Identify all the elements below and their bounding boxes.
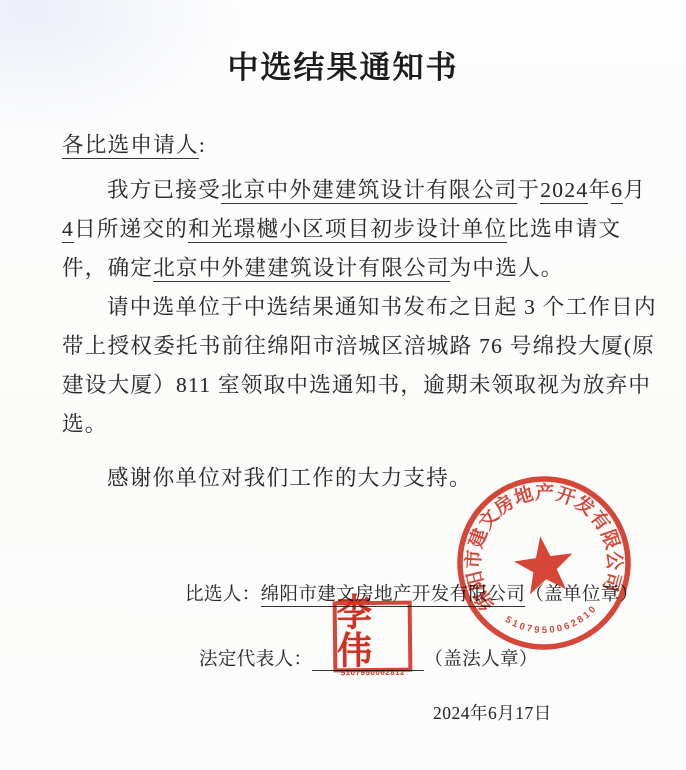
body-line-1: 我方已接受北京中外建建筑设计有限公司于2024年6月 — [62, 173, 686, 204]
winner-company-name: 北京中外建建筑设计有限公司 — [153, 256, 449, 282]
submission-year: 2024 — [540, 178, 588, 204]
seal-star-icon — [511, 532, 577, 596]
scanned-document-page: 中选结果通知书 各比选申请人: 我方已接受北京中外建建筑设计有限公司于2024年… — [0, 0, 686, 770]
company-seal-stamp: 绵阳市建文房地产开发有限公司 5107950062810 — [442, 461, 645, 664]
project-name: 和光璟樾小区项目初步设计单位 — [188, 217, 507, 243]
legal-rep-label: 法定代表人： — [199, 650, 312, 670]
page-title: 中选结果通知书 — [0, 42, 686, 87]
legal-rep-name: 李伟 — [337, 593, 409, 669]
body-line-7: 选。 — [62, 407, 662, 438]
body-text: 为中选人。 — [450, 256, 564, 280]
submission-day: 4 — [62, 217, 74, 243]
submission-month: 6 — [611, 178, 623, 204]
body-text: 我方已接受 — [107, 178, 221, 202]
bidder-company-name: 北京中外建建筑设计有限公司 — [221, 178, 517, 204]
salutation-colon: : — [199, 133, 206, 157]
body-line-3: 件，确定北京中外建建筑设计有限公司为中选人。 — [62, 251, 662, 282]
body-line-6: 建设大厦）811 室领取中选通知书，逾期未领取视为放弃中 — [62, 368, 662, 399]
body-line-2: 4日所递交的和光璟樾小区项目初步设计单位比选申请文 — [62, 212, 662, 243]
salutation-line: 各比选申请人: — [62, 128, 662, 159]
body-text: 日所递交的 — [74, 217, 188, 241]
body-text: 比选申请文 — [507, 217, 621, 241]
body-text: 月 — [623, 178, 646, 202]
body-line-4: 请中选单位于中选结果通知书发布之日起 3 个工作日内 — [62, 290, 686, 321]
salutation-text: 各比选申请人 — [62, 133, 199, 159]
selector-label: 比选人： — [185, 585, 261, 605]
body-text: 年 — [588, 178, 611, 202]
body-line-5: 带上授权委托书前往绵阳市涪城区涪城路 76 号绵投大厦(原 — [62, 329, 662, 360]
company-seal-graphic: 绵阳市建文房地产开发有限公司 5107950062810 — [442, 461, 645, 664]
body-text: 于 — [517, 178, 540, 202]
body-text: 件，确定 — [62, 256, 153, 280]
legal-rep-name-stamp: 李伟 5107950062812 — [333, 601, 413, 673]
document-date: 2024年6月17日 — [433, 700, 552, 725]
